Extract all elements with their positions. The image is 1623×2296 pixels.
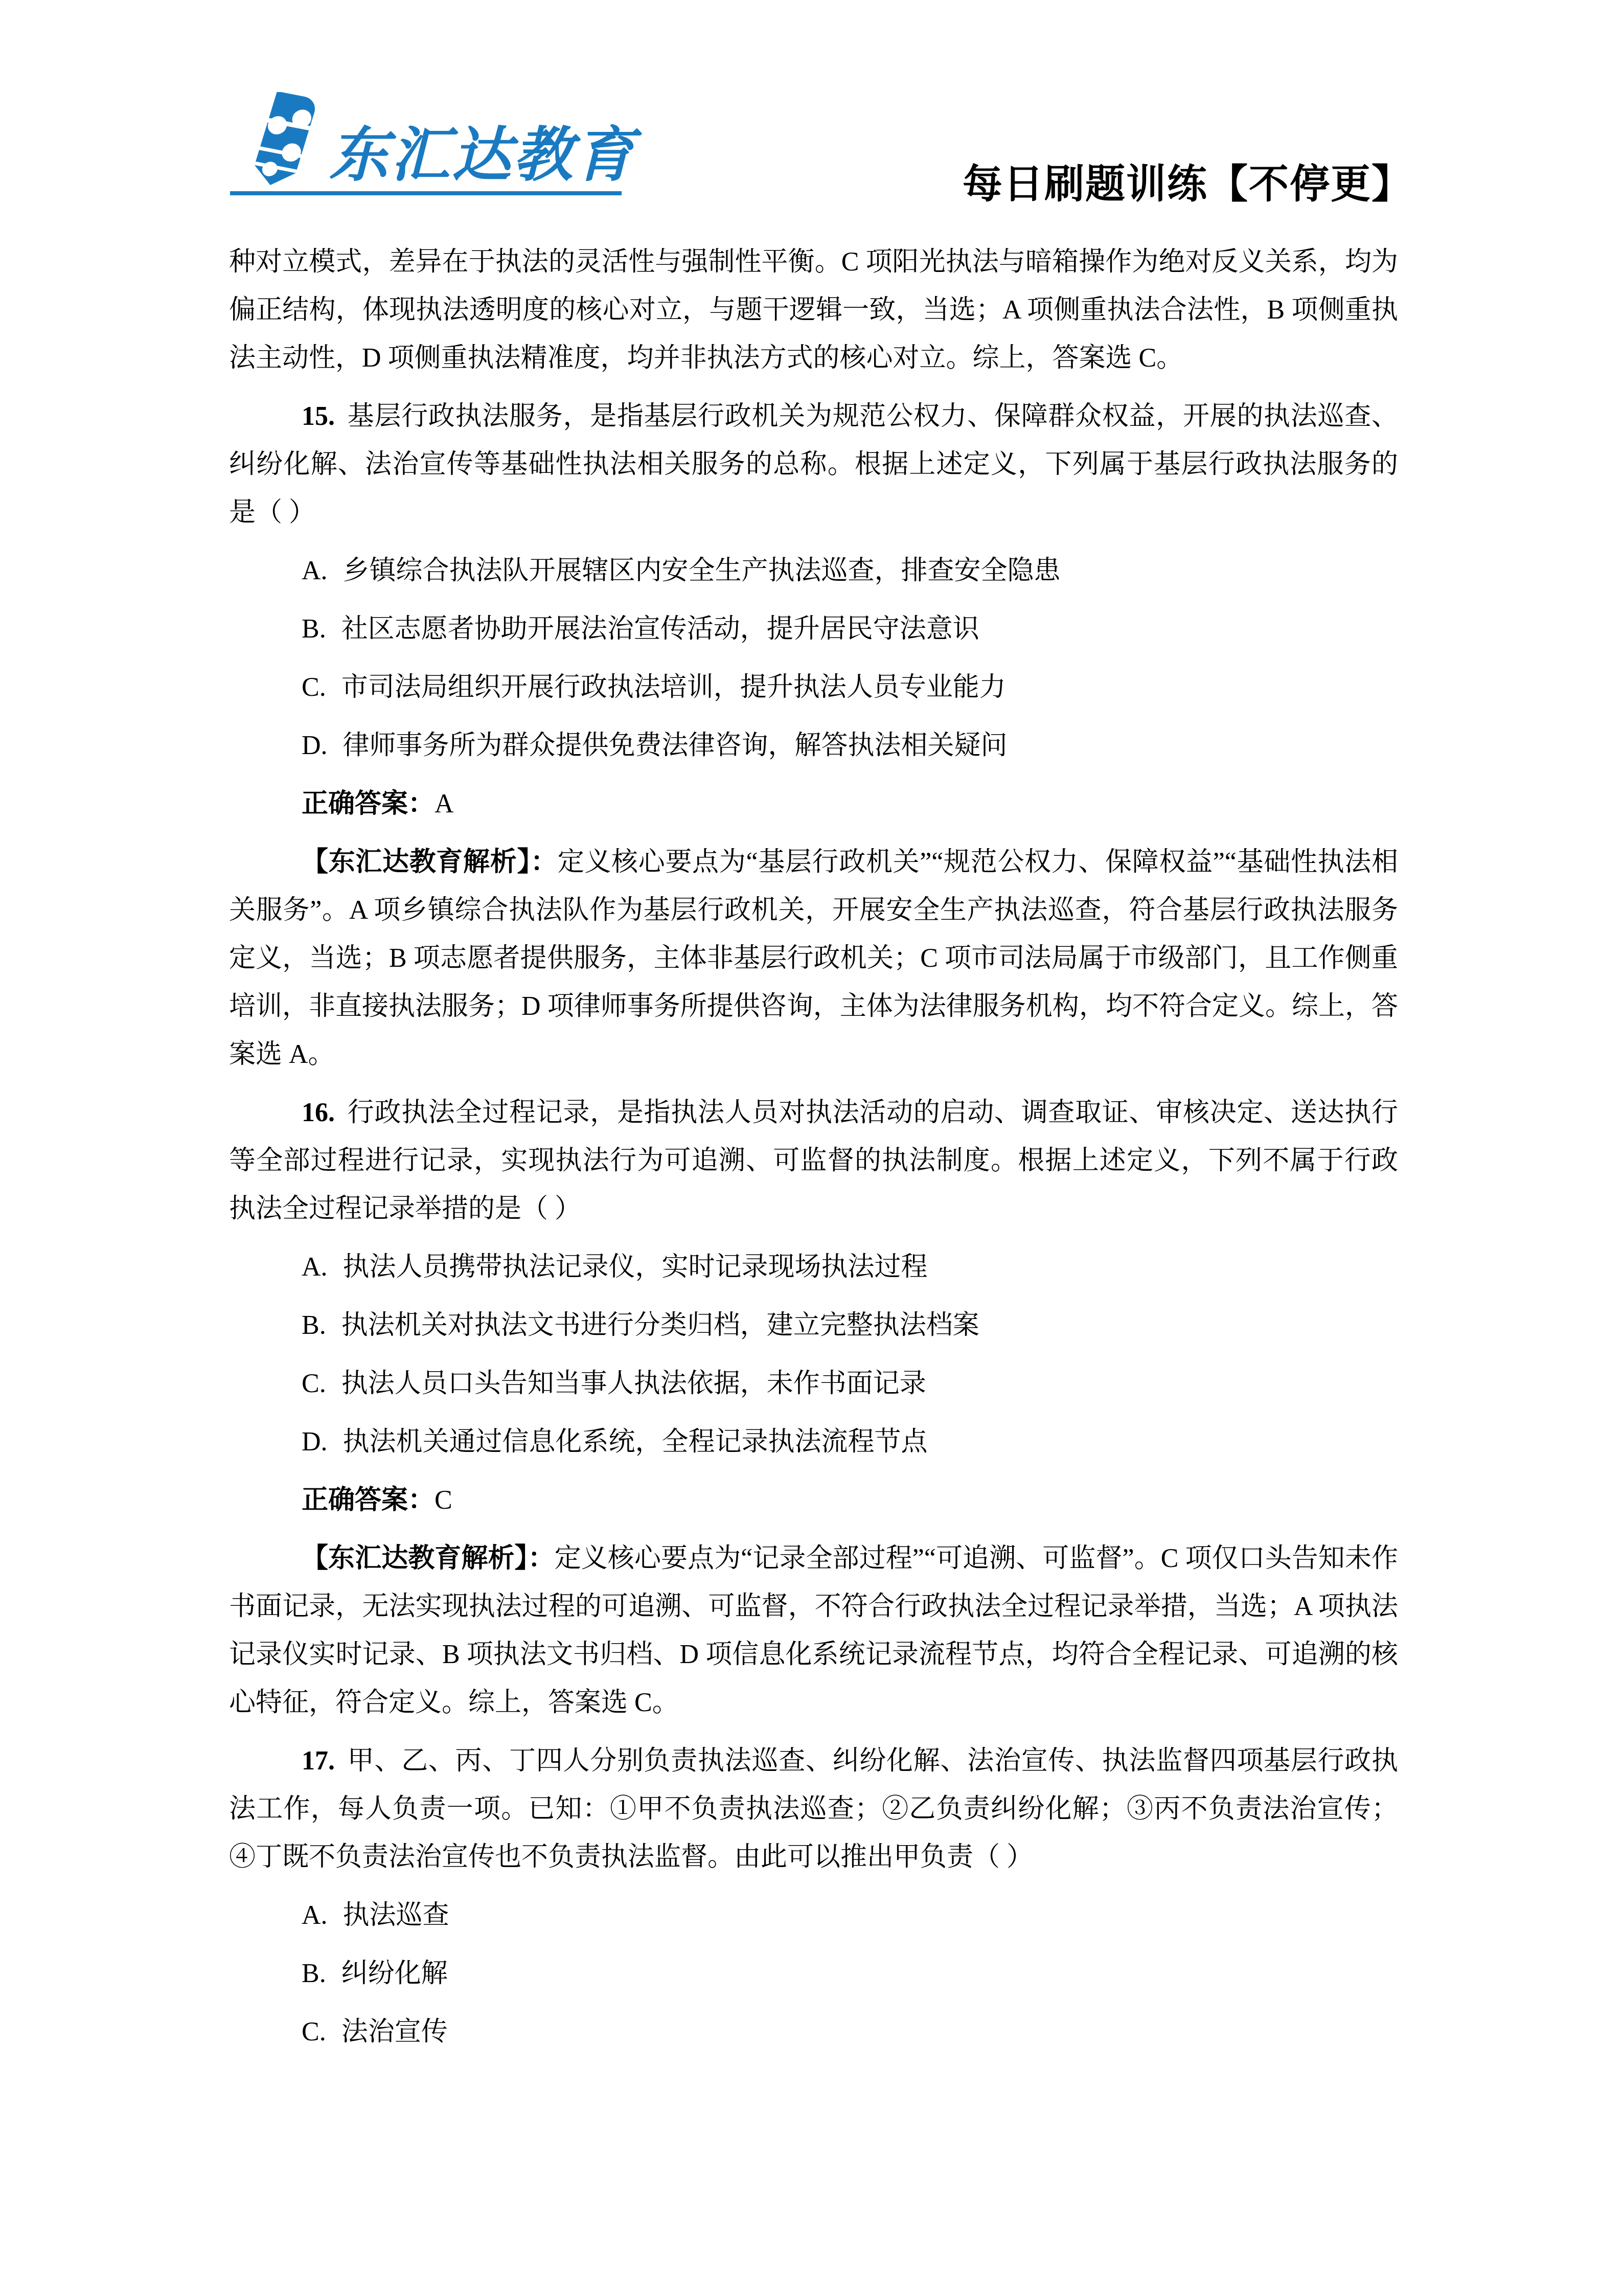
option-label: C. (302, 673, 326, 702)
logo-underline (230, 191, 622, 195)
option-row: B.执法机关对执法文书进行分类归档，建立完整执法档案 (302, 1302, 1398, 1350)
intro-paragraph: 种对立模式，差异在于执法的灵活性与强制性平衡。C 项阳光执法与暗箱操作为绝对反义… (229, 238, 1398, 382)
page-header: 东汇达教育 每日刷题训练【不停更】 (0, 0, 1623, 238)
question-number: 16. (302, 1098, 335, 1127)
question-15-stem: 15.基层行政执法服务，是指基层行政机关为规范公权力、保障群众权益，开展的执法巡… (229, 393, 1398, 537)
analysis-paragraph: 【东汇达教育解析】：定义核心要点为“基层行政机关”“规范公权力、保障权益”“基础… (229, 838, 1398, 1079)
question-stem-text: 基层行政执法服务，是指基层行政机关为规范公权力、保障群众权益，开展的执法巡查、纠… (229, 402, 1398, 527)
option-label: B. (302, 615, 326, 644)
logo-text: 东汇达教育 (329, 107, 636, 193)
answer-value: C (435, 1486, 452, 1515)
option-text: 执法机关对执法文书进行分类归档，建立完整执法档案 (341, 1311, 979, 1340)
option-row: C.执法人员口头告知当事人执法依据，未作书面记录 (302, 1360, 1398, 1408)
brand-logo: 东汇达教育 (229, 93, 624, 195)
analysis-paragraph: 【东汇达教育解析】：定义核心要点为“记录全部过程”“可追溯、可监督”。C 项仅口… (229, 1535, 1398, 1727)
option-label: D. (302, 731, 328, 760)
option-row: A.乡镇综合执法队开展辖区内安全生产执法巡查，排查安全隐患 (302, 547, 1398, 595)
option-text: 执法人员携带执法记录仪，实时记录现场执法过程 (343, 1253, 928, 1282)
option-row: D.律师事务所为群众提供免费法律咨询，解答执法相关疑问 (302, 722, 1398, 770)
option-label: B. (302, 1959, 326, 1988)
question-17-stem: 17.甲、乙、丙、丁四人分别负责执法巡查、纠纷化解、法治宣传、执法监督四项基层行… (229, 1737, 1398, 1881)
option-text: 律师事务所为群众提供免费法律咨询，解答执法相关疑问 (343, 731, 1008, 760)
option-row: A.执法人员携带执法记录仪，实时记录现场执法过程 (302, 1243, 1398, 1291)
option-text: 执法人员口头告知当事人执法依据，未作书面记录 (341, 1369, 926, 1398)
question-stem-text: 行政执法全过程记录，是指执法人员对执法活动的启动、调查取证、审核决定、送达执行等… (229, 1098, 1398, 1223)
option-label: A. (302, 556, 328, 585)
answer-label: 正确答案： (302, 789, 435, 819)
option-text: 执法机关通过信息化系统，全程记录执法流程节点 (343, 1427, 928, 1457)
option-row: C.法治宣传 (302, 2008, 1398, 2056)
option-row: B.社区志愿者协助开展法治宣传活动，提升居民守法意识 (302, 605, 1398, 653)
option-text: 市司法局组织开展行政执法培训，提升执法人员专业能力 (341, 673, 1006, 702)
answer-label: 正确答案： (302, 1486, 435, 1515)
option-row: A.执法巡查 (302, 1892, 1398, 1940)
option-row: D.执法机关通过信息化系统，全程记录执法流程节点 (302, 1418, 1398, 1466)
option-text: 纠纷化解 (341, 1959, 448, 1988)
question-stem-text: 甲、乙、丙、丁四人分别负责执法巡查、纠纷化解、法治宣传、执法监督四项基层行政执法… (229, 1746, 1398, 1872)
analysis-label: 【东汇达教育解析】： (302, 1544, 555, 1573)
option-text: 社区志愿者协助开展法治宣传活动，提升居民守法意识 (341, 615, 979, 644)
analysis-label: 【东汇达教育解析】： (302, 848, 558, 877)
option-text: 乡镇综合执法队开展辖区内安全生产执法巡查，排查安全隐患 (343, 556, 1061, 585)
question-16-stem: 16.行政执法全过程记录，是指执法人员对执法活动的启动、调查取证、审核决定、送达… (229, 1089, 1398, 1233)
option-label: C. (302, 1369, 326, 1398)
answer-value: A (435, 789, 454, 819)
option-row: B.纠纷化解 (302, 1950, 1398, 1998)
analysis-text: 定义核心要点为“基层行政机关”“规范公权力、保障权益”“基础性执法相关服务”。A… (229, 848, 1398, 1069)
option-row: C.市司法局组织开展行政执法培训，提升执法人员专业能力 (302, 664, 1398, 712)
option-label: A. (302, 1901, 328, 1930)
answer-line: 正确答案：C (302, 1476, 1398, 1525)
option-label: B. (302, 1311, 326, 1340)
option-text: 法治宣传 (341, 2017, 448, 2047)
question-number: 17. (302, 1746, 335, 1776)
answer-line: 正确答案：A (302, 780, 1398, 828)
option-label: D. (302, 1427, 328, 1457)
document-body: 种对立模式，差异在于执法的灵活性与强制性平衡。C 项阳光执法与暗箱操作为绝对反义… (0, 238, 1623, 2056)
option-label: A. (302, 1253, 328, 1282)
question-number: 15. (302, 402, 335, 431)
option-label: C. (302, 2017, 326, 2047)
option-text: 执法巡查 (343, 1901, 449, 1930)
pencil-logo-icon (226, 92, 328, 192)
doc-title: 每日刷题训练【不停更】 (963, 152, 1412, 210)
document-page: 东汇达教育 每日刷题训练【不停更】 种对立模式，差异在于执法的灵活性与强制性平衡… (0, 0, 1623, 2296)
